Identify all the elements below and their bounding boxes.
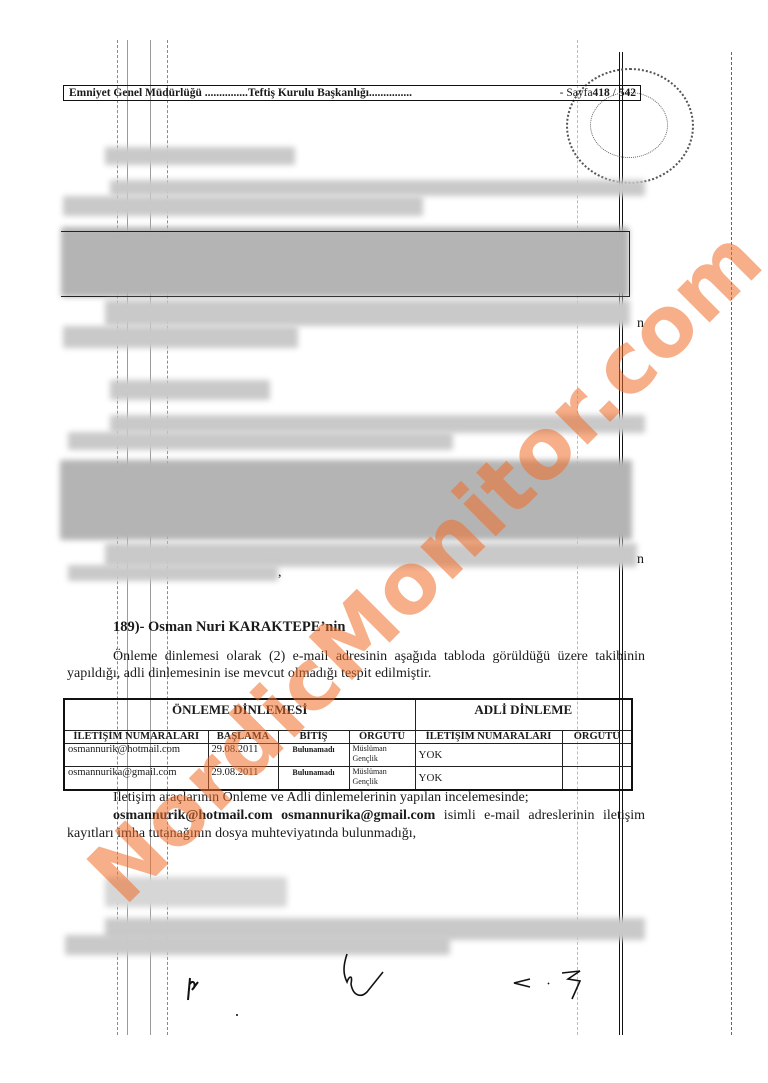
redacted-heading [105,877,287,907]
redacted-heading [110,380,270,400]
redacted-table-border [61,231,630,297]
conclusion-line-2: osmannurik@hotmail.com osmannurika@gmail… [67,807,645,843]
handwritten-signature-icon [180,970,210,1010]
cell-organization: Müslüman Gençlik [349,744,415,767]
page-current: 418 [593,87,610,99]
cell-judicial-contact: YOK [415,767,562,791]
cell-organization: Müslüman Gençlik [349,767,415,791]
handwritten-signature-icon [335,952,395,1004]
redacted-paragraph [110,180,645,196]
table-column-header-row: İLETİŞİM NUMARALARI BAŞLAMA BİTİŞ ÖRGÜTÜ… [64,731,632,744]
column-header: BİTİŞ [278,731,349,744]
group-header-preventive: ÖNLEME DİNLEMESİ [64,699,415,731]
cell-start-date: 29.08.2011 [208,767,278,791]
scan-line [731,52,732,1035]
redacted-paragraph [110,415,645,433]
redacted-paragraph [63,326,298,348]
redacted-paragraph [68,432,453,450]
stray-text: , [278,565,282,581]
column-header: BAŞLAMA [208,731,278,744]
table-row: osmannurika@gmail.com 29.08.2011 Bulunam… [64,767,632,791]
column-header: ÖRGÜTÜ [562,731,632,744]
intercept-table: ÖNLEME DİNLEMESİ ADLİ DİNLEME İLETİŞİM N… [63,698,633,791]
column-header: İLETİŞİM NUMARALARI [415,731,562,744]
cell-judicial-contact: YOK [415,744,562,767]
conclusion-line-1: İletişim araçlarının Önleme ve Adli dinl… [67,789,645,807]
cell-end-date: Bulunamadı [278,767,349,791]
cell-end-date: Bulunamadı [278,744,349,767]
redacted-paragraph [105,543,637,567]
handwritten-signature-icon [510,965,590,1005]
stray-dot [236,1014,238,1016]
cell-contact: osmannurika@gmail.com [64,767,208,791]
page-number: - Sayfa418 / 542 [560,86,636,100]
section-title: 189)- Osman Nuri KARAKTEPE’nin [113,619,345,636]
conclusion-emails: osmannurik@hotmail.com osmannurika@gmail… [113,808,435,823]
stray-text: n [637,316,644,332]
table-row: osmannurik@hotmail.com 29.08.2011 Buluna… [64,744,632,767]
redacted-table [60,460,632,540]
header-title: Emniyet Genel Müdürlüğü ...............T… [69,87,412,99]
redacted-paragraph [68,565,278,581]
cell-judicial-org [562,767,632,791]
cell-judicial-org [562,744,632,767]
group-header-judicial: ADLİ DİNLEME [415,699,632,731]
page-total: 542 [619,87,636,99]
table-group-header-row: ÖNLEME DİNLEMESİ ADLİ DİNLEME [64,699,632,731]
stray-text: n [637,552,644,568]
cell-start-date: 29.08.2011 [208,744,278,767]
cell-contact: osmannurik@hotmail.com [64,744,208,767]
conclusion-paragraph: İletişim araçlarının Önleme ve Adli dinl… [67,789,645,843]
official-seal-inner-ring [590,92,668,158]
redacted-paragraph [63,196,423,216]
redacted-heading [105,147,295,165]
column-header: ÖRGÜTÜ [349,731,415,744]
column-header: İLETİŞİM NUMARALARI [64,731,208,744]
intro-paragraph: Önleme dinlemesi olarak (2) e-mail adres… [67,648,645,682]
page-header: Emniyet Genel Müdürlüğü ...............T… [63,85,641,101]
redacted-paragraph [105,300,630,326]
